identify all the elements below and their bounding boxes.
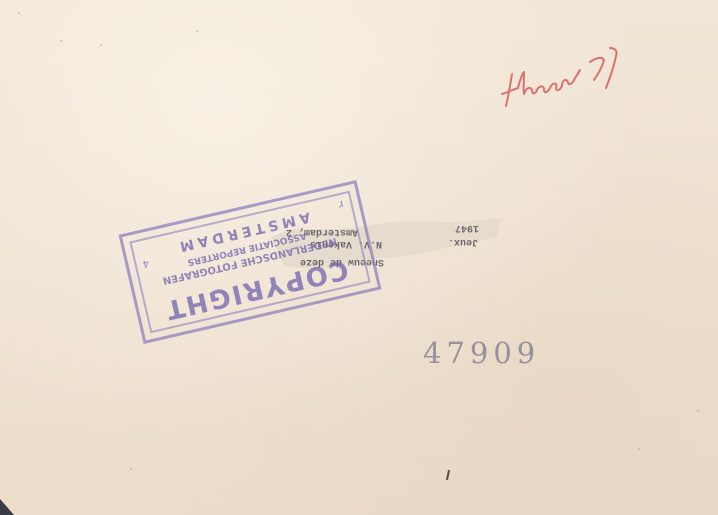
paper-speck [130,468,132,470]
paper-speck [100,44,102,46]
typed-label-line: 1947 [455,222,479,233]
inventory-number: 47909 [423,336,540,370]
torn-corner [0,499,14,515]
typed-label-line: Jeux. [448,236,478,247]
paper-speck [60,40,62,42]
handwritten-signature: Schaaf 27 [498,42,628,112]
paper-speck [18,12,20,14]
paper-speck [196,30,198,32]
paper-speck [697,410,699,412]
paper-speck [638,448,640,450]
